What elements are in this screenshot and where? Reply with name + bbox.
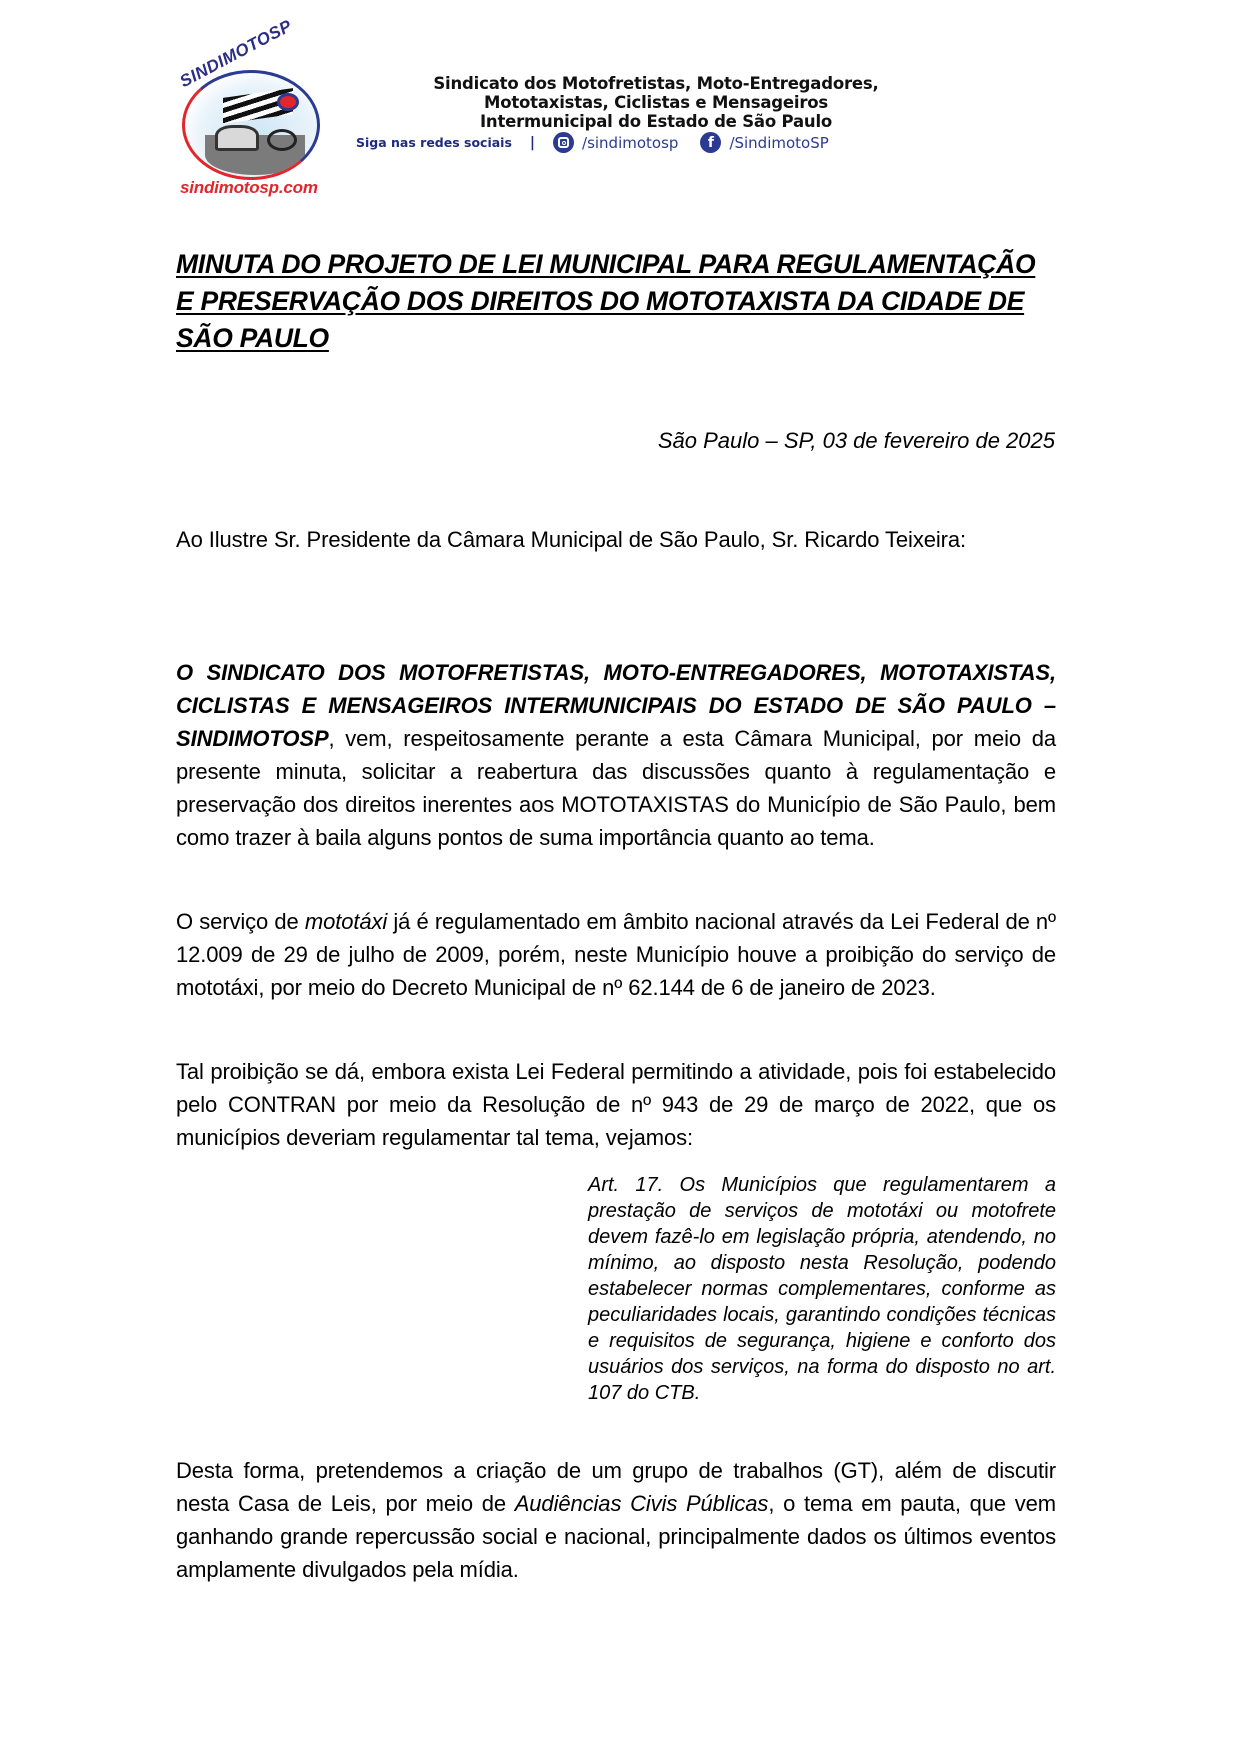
flag-emblem-icon [277,93,299,111]
instagram-handle[interactable]: /sindimotosp [582,134,678,152]
organization-name: Sindicato dos Motofretistas, Moto-Entreg… [356,74,956,131]
instagram-icon[interactable] [553,132,574,153]
sindimotosp-logo: SINDIMOTOSP sindimotosp.com [176,66,326,206]
facebook-handle[interactable]: /SindimotoSP [729,134,828,152]
date-line: São Paulo – SP, 03 de fevereiro de 2025 [658,426,1055,456]
paragraph-federal-law: O serviço de mototáxi já é regulamentado… [176,905,1056,1004]
letterhead: SINDIMOTOSP sindimotosp.com Sindicato do… [176,66,956,206]
logo-website[interactable]: sindimotosp.com [180,178,318,198]
logo-emblem [182,70,320,180]
addressee: Ao Ilustre Sr. Presidente da Câmara Muni… [176,523,1056,556]
text-segment: O serviço de [176,909,305,934]
paragraph-working-group: Desta forma, pretendemos a criação de um… [176,1454,1056,1586]
motorcycle-icon [215,125,259,151]
social-links: Siga nas redes sociais | /sindimotosp f … [356,132,843,153]
document-title: MINUTA DO PROJETO DE LEI MUNICIPAL PARA … [176,246,1056,357]
social-separator: | [530,135,535,151]
paragraph-contran: Tal proibição se dá, embora exista Lei F… [176,1055,1056,1154]
organization-block: Sindicato dos Motofretistas, Moto-Entreg… [356,74,956,131]
facebook-icon[interactable]: f [700,132,721,153]
italic-term: Audiências Civis Públicas [515,1491,769,1516]
legal-quote-art-17: Art. 17. Os Municípios que regulamentare… [588,1172,1056,1406]
bicycle-icon [267,129,297,151]
paragraph-introduction: O SINDICATO DOS MOTOFRETISTAS, MOTO-ENTR… [176,656,1056,854]
social-label: Siga nas redes sociais [356,135,512,150]
italic-term: mototáxi [305,909,387,934]
